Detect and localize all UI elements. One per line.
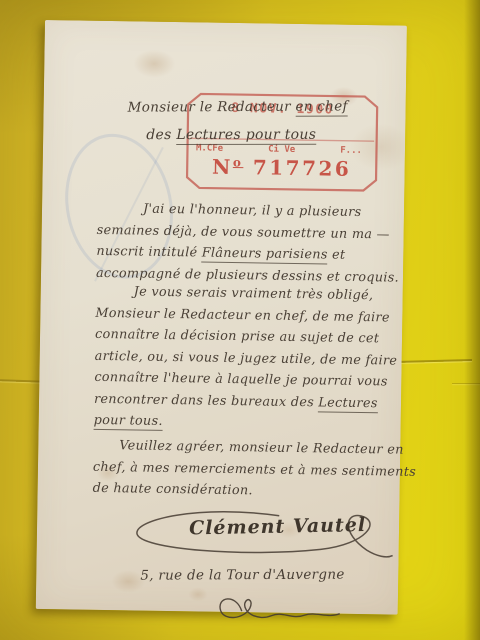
address-line: 5, rue de la Tour d'Auvergne xyxy=(140,567,344,584)
letter-paper: 8 NOV. 1900 M.CFe Ci Ve F... No 717726 M… xyxy=(36,20,407,615)
stamp-ref-mid: Ci Ve xyxy=(268,145,295,155)
body-paragraph-3: Veuillez agréer, monsieur le Redacteur e… xyxy=(92,435,416,505)
photo-background: 8 NOV. 1900 M.CFe Ci Ve F... No 717726 M… xyxy=(0,0,480,640)
stamp-ref-right: F... xyxy=(340,146,362,156)
stamp-number: No 717726 xyxy=(186,154,378,181)
paraph-flourish-icon xyxy=(207,589,348,636)
body-paragraph-1: J'ai eu l'honneur, il y a plusieurs sema… xyxy=(96,198,400,289)
salutation-line-1: Monsieur le Redacteur en chef xyxy=(128,98,348,115)
salutation-line-2: des Lectures pour tous xyxy=(146,127,316,143)
signature: Clément Vautel xyxy=(189,514,366,539)
body-paragraph-2: Je vous serais vraiment très obligé, Mon… xyxy=(94,281,399,436)
folder-crease xyxy=(452,383,480,384)
folder-crease xyxy=(396,359,472,363)
